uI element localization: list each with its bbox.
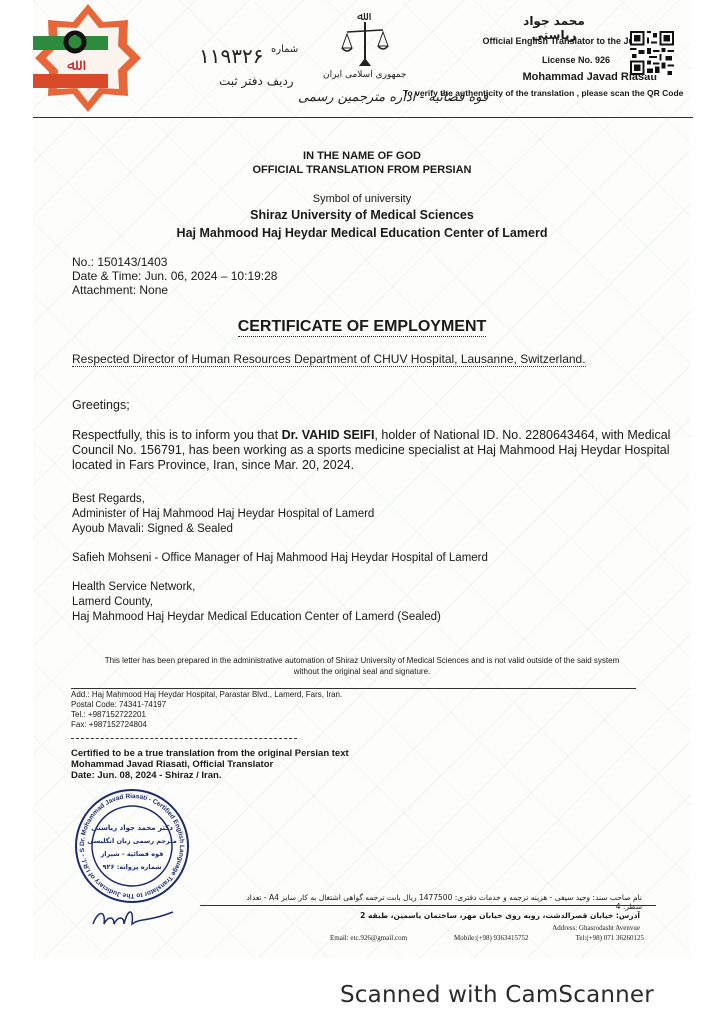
university-name: Shiraz University of Medical Sciences xyxy=(33,208,691,222)
regards: Best Regards, xyxy=(72,492,672,507)
verify-note: To verify the authenticity of the transl… xyxy=(403,88,724,98)
license-number: License No. 926 xyxy=(453,55,659,65)
network-line-1: Health Service Network, xyxy=(72,580,672,595)
address-divider xyxy=(71,688,636,689)
heading-god: IN THE NAME OF GOD xyxy=(33,150,691,162)
registration-number: ۱۱۹۳۲۶ xyxy=(199,44,263,68)
disclaimer: This letter has been prepared in the adm… xyxy=(33,655,691,677)
translation-certification: Certified to be a true translation from … xyxy=(71,748,349,781)
office-mobile: Mobile:(+98) 9363415752 xyxy=(454,934,529,942)
network-line-3: Haj Mahmood Haj Heydar Medical Education… xyxy=(72,610,672,625)
letter-datetime: Date & Time: Jun. 06, 2024 – 10:19:28 xyxy=(72,269,277,283)
center-name: Haj Mahmood Haj Heydar Medical Education… xyxy=(33,226,691,240)
svg-text:شماره پروانه: ۹۲۶: شماره پروانه: ۹۲۶ xyxy=(103,863,162,871)
judiciary-label-fa: جمهوری اسلامی ایران xyxy=(323,70,407,80)
translator-name: Mohammad Javad Riasati xyxy=(453,71,657,83)
office-tel: Tel:(+98) 071 36260125 xyxy=(576,934,644,942)
employee-name: Dr. VAHID SEIFI xyxy=(282,428,375,442)
office-contact: Email: etc.926@gmail.com Mobile:(+98) 93… xyxy=(330,934,644,942)
greeting: Greetings; xyxy=(72,398,672,413)
camscanner-watermark: Scanned with CamScanner xyxy=(340,982,654,1008)
heading-translation: OFFICIAL TRANSLATION FROM PERSIAN xyxy=(33,164,691,176)
office-email: Email: etc.926@gmail.com xyxy=(330,934,407,942)
hospital-address: Add.: Haj Mahmood Haj Heydar Hospital, P… xyxy=(71,690,342,730)
svg-text:ﷲ: ﷲ xyxy=(357,9,371,23)
iran-flag-emblem-icon: ﷲ xyxy=(33,2,143,114)
signer-role: Administer of Haj Mahmood Haj Heydar Hos… xyxy=(72,507,672,522)
certification-divider xyxy=(71,738,297,739)
footer-divider xyxy=(200,905,656,906)
svg-text:مترجم رسمی زبان انگلیسی: مترجم رسمی زبان انگلیسی xyxy=(87,837,176,845)
signature-icon xyxy=(88,902,178,932)
svg-text:دکتر محمد جواد ریاستی: دکتر محمد جواد ریاستی xyxy=(91,824,173,832)
header-divider xyxy=(33,117,693,118)
translator-seal-icon: Dr. Mohammad Javad Riasati - Certified E… xyxy=(72,786,192,906)
office-address: Address: Ghasrodasht Avenvue xyxy=(360,924,640,932)
certificate-title: CERTIFICATE OF EMPLOYMENT xyxy=(33,318,691,336)
svg-text:قوه قضائیه - شیراز: قوه قضائیه - شیراز xyxy=(100,850,164,858)
addressee: Respected Director of Human Resources De… xyxy=(72,352,586,366)
network-line-2: Lamerd County, xyxy=(72,595,672,610)
registration-number-label: شماره xyxy=(271,44,298,55)
qr-code-icon[interactable] xyxy=(630,31,674,75)
fee-note-fa: نام صاحب سند: وحید سیفی - هزینه ترجمه و … xyxy=(240,893,642,911)
office-address-fa: آدرس: خیابان قصرالدشت، روبه روی خیابان م… xyxy=(360,911,640,920)
body-paragraph: Respectfully, this is to inform you that… xyxy=(72,428,672,473)
office-manager: Safieh Mohseni - Office Manager of Haj M… xyxy=(72,551,672,566)
signer-name: Ayoub Mavali: Signed & Sealed xyxy=(72,522,672,537)
scales-of-justice-icon: ﷲ xyxy=(339,8,391,72)
letter-attachment: Attachment: None xyxy=(72,283,168,297)
letter-number: No.: 150143/1403 xyxy=(72,255,167,269)
symbol-label: Symbol of university xyxy=(33,193,691,205)
registration-row-label: ردیف دفتر ثبت xyxy=(219,74,294,88)
